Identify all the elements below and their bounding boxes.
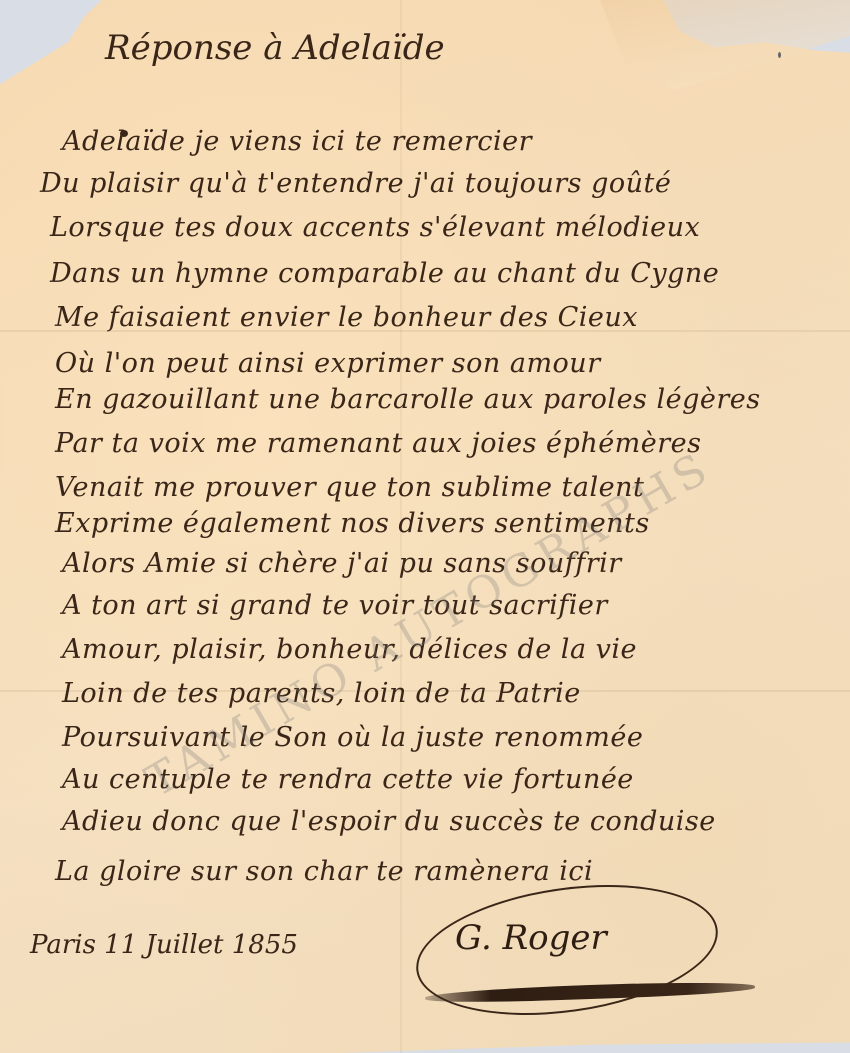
ink-speck <box>778 52 781 58</box>
letter-heading: Réponse à Adelaïde <box>105 28 445 68</box>
letter-line: Venait me prouver que ton sublime talent <box>55 472 644 503</box>
letter-line: Me faisaient envier le bonheur des Cieux <box>55 302 638 333</box>
letter-line: Lorsque tes doux accents s'élevant mélod… <box>50 212 700 243</box>
letter-line: Dans un hymne comparable au chant du Cyg… <box>50 258 719 289</box>
letter-line: Par ta voix me ramenant aux joies éphémè… <box>55 428 702 459</box>
letter-line: La gloire sur son char te ramènera ici <box>55 856 593 887</box>
ink-blot <box>120 130 128 137</box>
letter-line: Où l'on peut ainsi exprimer son amour <box>55 348 601 379</box>
letter-line: Poursuivant le Son où la juste renommée <box>62 722 643 753</box>
letter-line: Adelaïde je viens ici te remercier <box>62 126 532 157</box>
letter-dateline: Paris 11 Juillet 1855 <box>30 930 298 960</box>
letter-line: Du plaisir qu'à t'entendre j'ai toujours… <box>40 168 671 199</box>
signature: G. Roger <box>455 918 607 958</box>
letter-line: Adieu donc que l'espoir du succès te con… <box>62 806 716 837</box>
letter-line: En gazouillant une barcarolle aux parole… <box>55 384 761 415</box>
